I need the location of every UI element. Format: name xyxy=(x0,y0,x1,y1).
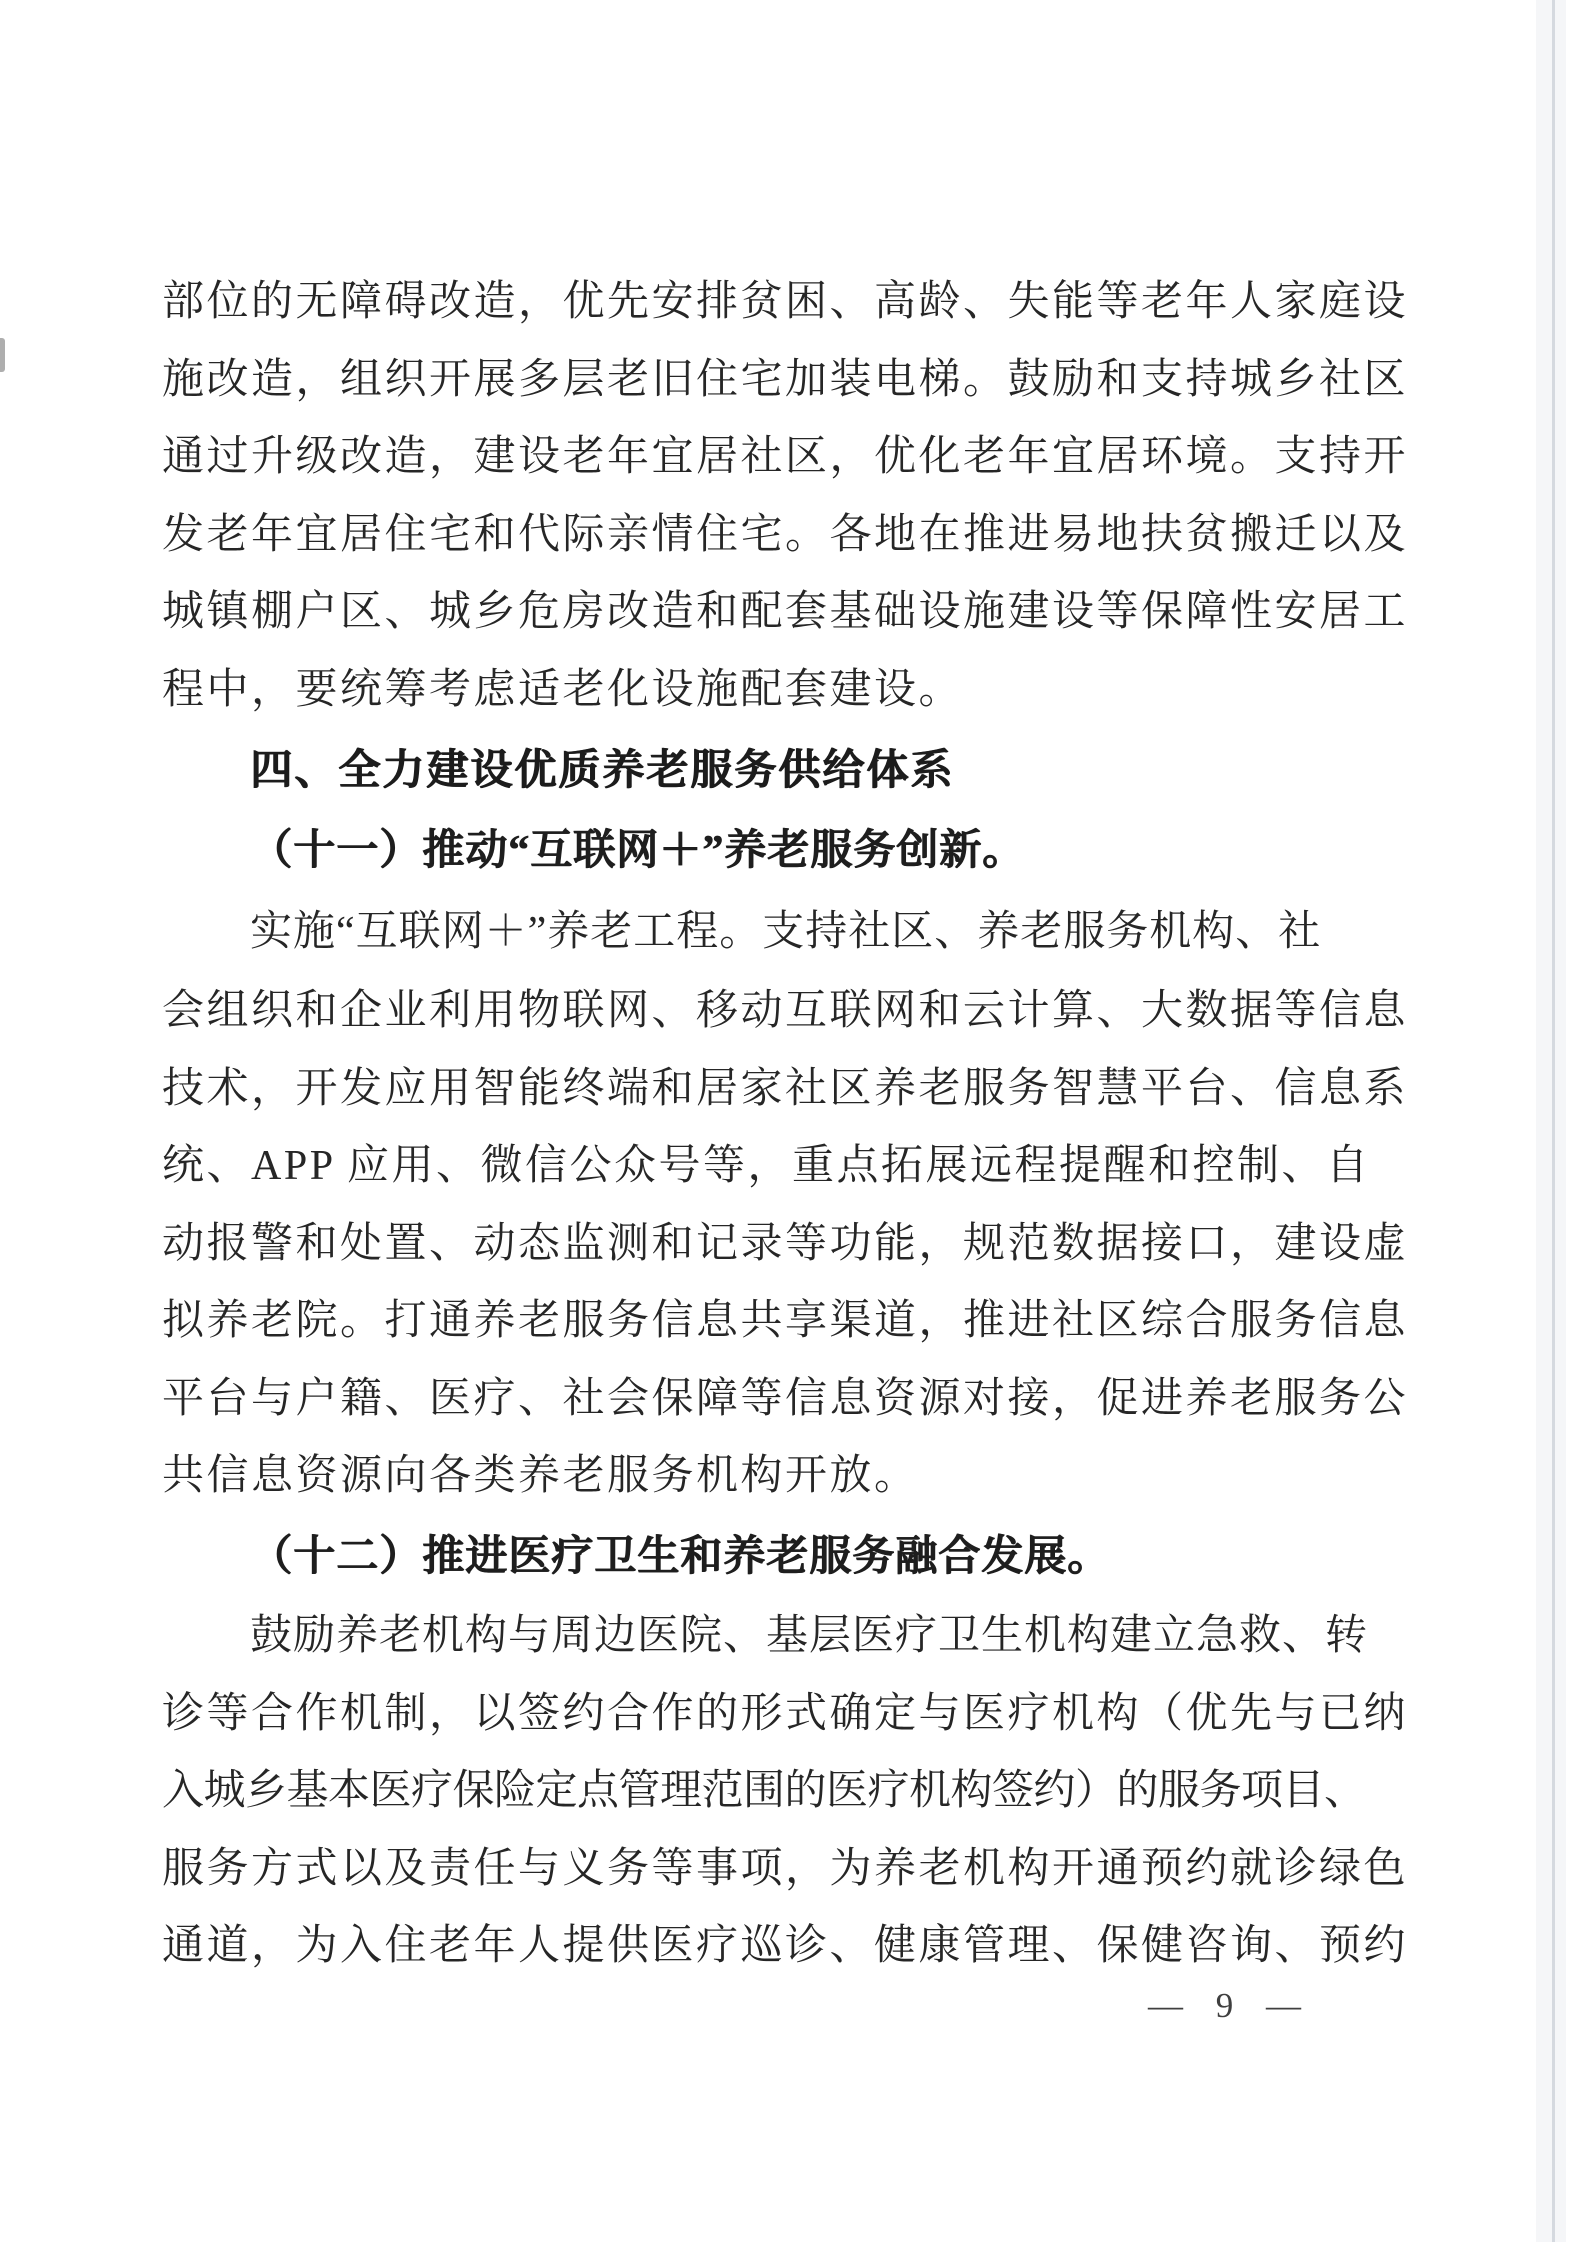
text-line: 施改造，组织开展多层老旧住宅加装电梯。鼓励和支持城乡社区 xyxy=(162,356,1408,404)
subsection-heading: （十二）推进医疗卫生和养老服务融合发展。 xyxy=(250,1533,1110,1581)
text-line: 通过升级改造，建设老年宜居社区，优化老年宜居环境。支持开 xyxy=(162,433,1408,481)
text-line: 程中，要统筹考虑适老化设施配套建设。 xyxy=(162,666,963,714)
text-line: 服务方式以及责任与义务等事项，为养老机构开通预约就诊绿色 xyxy=(162,1845,1408,1893)
text-line: 鼓励养老机构与周边医院、基层医疗卫生机构建立急救、转 xyxy=(250,1612,1368,1660)
subsection-heading: （十一）推动“互联网＋”养老服务创新。 xyxy=(250,827,1025,875)
text-line: 部位的无障碍改造，优先安排贫困、高龄、失能等老年人家庭设 xyxy=(162,278,1408,326)
text-line: 共信息资源向各类养老服务机构开放。 xyxy=(162,1452,919,1500)
scan-edge-line-artifact xyxy=(1552,0,1555,2242)
document-page: 部位的无障碍改造，优先安排贫困、高龄、失能等老年人家庭设 施改造，组织开展多层老… xyxy=(0,0,1586,2242)
page-number: — 9 — xyxy=(1148,1986,1305,2026)
section-heading: 四、全力建设优质养老服务供给体系 xyxy=(250,746,954,794)
text-line: 平台与户籍、医疗、社会保障等信息资源对接，促进养老服务公 xyxy=(162,1375,1408,1423)
text-line: 技术，开发应用智能终端和居家社区养老服务智慧平台、信息系 xyxy=(162,1065,1408,1113)
text-line: 发老年宜居住宅和代际亲情住宅。各地在推进易地扶贫搬迁以及 xyxy=(162,511,1408,559)
text-line: 会组织和企业利用物联网、移动互联网和云计算、大数据等信息 xyxy=(162,987,1408,1035)
text-line: 诊等合作机制，以签约合作的形式确定与医疗机构（优先与已纳 xyxy=(162,1690,1408,1738)
text-line: 实施“互联网＋”养老工程。支持社区、养老服务机构、社 xyxy=(250,908,1321,956)
text-line: 通道，为入住老年人提供医疗巡诊、健康管理、保健咨询、预约 xyxy=(162,1922,1408,1970)
text-line: 入城乡基本医疗保险定点管理范围的医疗机构签约）的服务项目、 xyxy=(162,1767,1366,1815)
scan-smudge-artifact xyxy=(0,338,5,372)
text-line: 动报警和处置、动态监测和记录等功能，规范数据接口，建设虚 xyxy=(162,1220,1408,1268)
text-line: 拟养老院。打通养老服务信息共享渠道，推进社区综合服务信息 xyxy=(162,1297,1408,1345)
text-line: 城镇棚户区、城乡危房改造和配套基础设施建设等保障性安居工 xyxy=(162,588,1408,636)
scan-edge-band-artifact xyxy=(1536,0,1566,2242)
text-line: 统、APP 应用、微信公众号等，重点拓展远程提醒和控制、自 xyxy=(162,1142,1371,1190)
